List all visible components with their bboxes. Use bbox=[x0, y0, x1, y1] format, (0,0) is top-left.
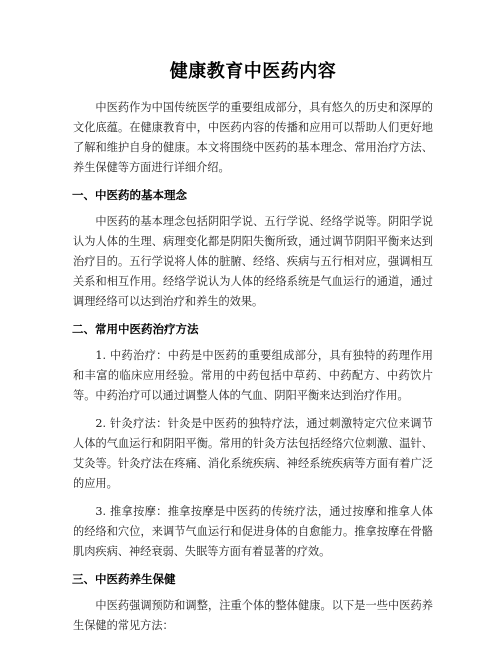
section-treatment-methods: 二、常用中医药治疗方法 1. 中药治疗：中药是中医药的重要组成部分，具有独特的药… bbox=[73, 320, 433, 562]
body-paragraph: 3. 推拿按摩：推拿按摩是中医药的传统疗法，通过按摩和推拿人体的经络和穴位，来调… bbox=[73, 502, 433, 562]
body-paragraph: 中医药强调预防和调整，注重个体的整体健康。以下是一些中医药养生保健的常见方法： bbox=[73, 596, 433, 636]
section-basic-concepts: 一、中医药的基本理念 中医药的基本理念包括阴阳学说、五行学说、经络学说等。阴阳学… bbox=[73, 186, 433, 312]
page-title: 健康教育中医药内容 bbox=[73, 60, 433, 84]
body-paragraph: 1. 中药治疗：中药是中医药的重要组成部分，具有独特的药理作用和丰富的临床应用经… bbox=[73, 346, 433, 406]
body-paragraph: 2. 针灸疗法：针灸是中医药的独特疗法，通过刺激特定穴位来调节人体的气血运行和阴… bbox=[73, 414, 433, 494]
body-paragraph: 中医药的基本理念包括阴阳学说、五行学说、经络学说等。阴阳学说认为人体的生理、病理… bbox=[73, 212, 433, 312]
document-content: 健康教育中医药内容 中医药作为中国传统医学的重要组成部分，具有悠久的历史和深厚的… bbox=[73, 60, 433, 644]
section-health-preservation: 三、中医药养生保健 中医药强调预防和调整，注重个体的整体健康。以下是一些中医药养… bbox=[73, 570, 433, 636]
document-page: 健康教育中医药内容 中医药作为中国传统医学的重要组成部分，具有悠久的历史和深厚的… bbox=[0, 0, 502, 649]
section-heading: 一、中医药的基本理念 bbox=[72, 186, 433, 204]
intro-paragraph: 中医药作为中国传统医学的重要组成部分，具有悠久的历史和深厚的文化底蕴。在健康教育… bbox=[73, 98, 433, 178]
section-heading: 二、常用中医药治疗方法 bbox=[72, 320, 433, 338]
section-heading: 三、中医药养生保健 bbox=[72, 570, 433, 588]
